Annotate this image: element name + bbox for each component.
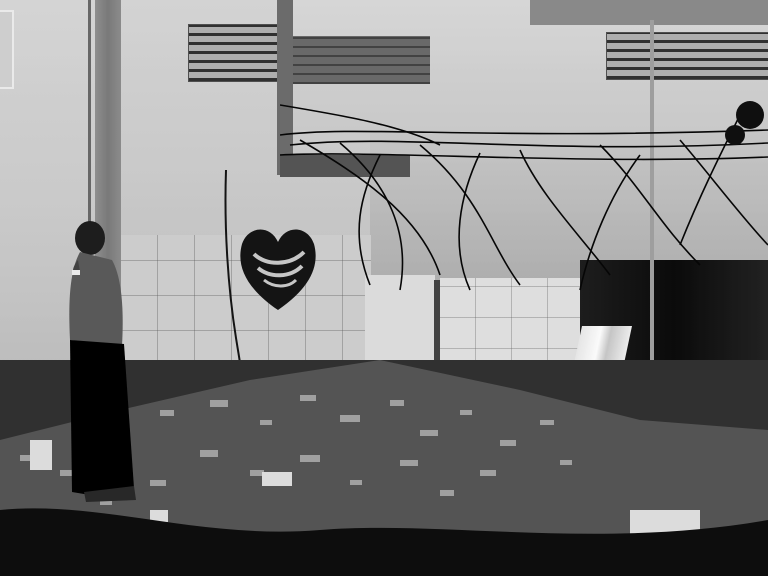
photograph <box>0 0 768 576</box>
ventilation-block-right <box>606 32 768 80</box>
wristwatch <box>72 270 80 275</box>
tangled-vines <box>280 95 768 295</box>
brick-infill <box>290 36 430 84</box>
standing-man <box>62 220 142 510</box>
window-frame <box>0 10 14 89</box>
exposed-brick <box>530 0 768 25</box>
ventilation-block-left <box>188 24 282 82</box>
